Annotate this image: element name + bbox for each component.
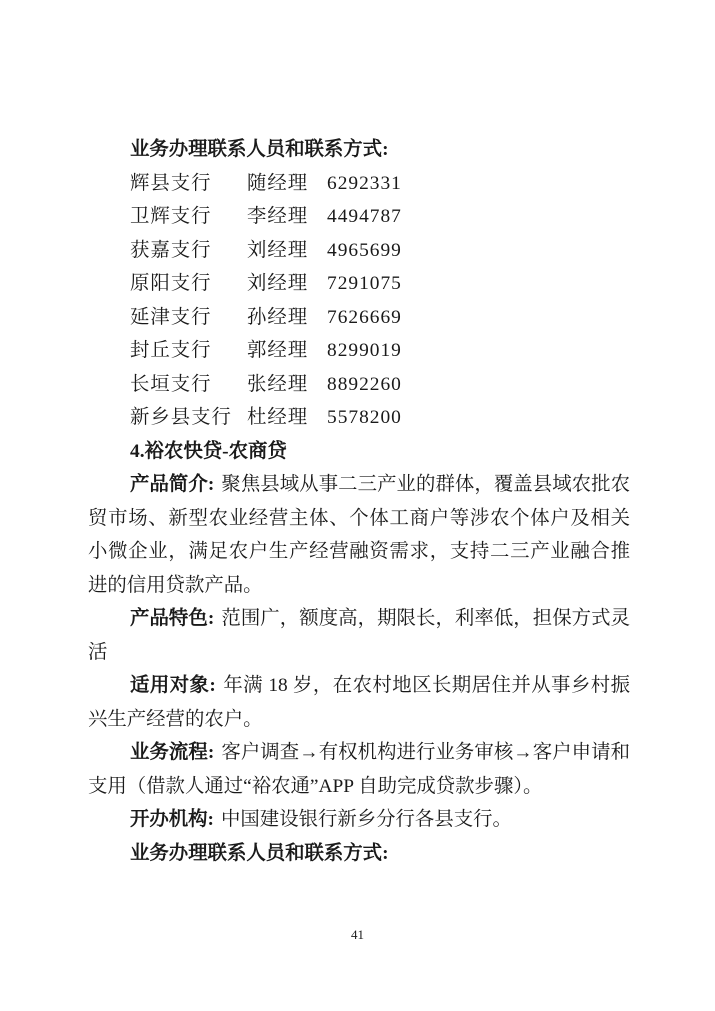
branch-name: 辉县支行 — [130, 167, 247, 201]
contact-row: 新乡县支行 杜经理 5578200 — [130, 401, 630, 435]
phone-number: 7626669 — [327, 301, 402, 335]
phone-number: 6292331 — [327, 167, 402, 201]
manager-name: 随经理 — [247, 167, 327, 201]
manager-name: 李经理 — [247, 200, 327, 234]
contact-row: 原阳支行 刘经理 7291075 — [130, 267, 630, 301]
manager-name: 刘经理 — [247, 267, 327, 301]
product-process-label: 业务流程: — [130, 742, 214, 763]
branch-name: 卫辉支行 — [130, 200, 247, 234]
product-provider-paragraph: 开办机构:中国建设银行新乡分行各县支行。 — [88, 803, 630, 837]
product-intro-label: 产品简介: — [130, 474, 214, 495]
product-provider-label: 开办机构: — [130, 809, 214, 830]
document-page: 业务办理联系人员和联系方式: 辉县支行 随经理 6292331 卫辉支行 李经理… — [0, 0, 715, 1011]
contact-section-heading-2: 业务办理联系人员和联系方式: — [130, 837, 630, 871]
manager-name: 孙经理 — [247, 301, 327, 335]
manager-name: 刘经理 — [247, 234, 327, 268]
branch-name: 原阳支行 — [130, 267, 247, 301]
phone-number: 7291075 — [327, 267, 402, 301]
branch-name: 封丘支行 — [130, 334, 247, 368]
manager-name: 郭经理 — [247, 334, 327, 368]
product-section-heading: 4.裕农快贷-农商贷 — [130, 435, 630, 469]
product-process-paragraph: 业务流程:客户调查→有权机构进行业务审核→客户申请和支用（借款人通过“裕农通”A… — [88, 736, 630, 803]
phone-number: 4965699 — [327, 234, 402, 268]
contact-row: 长垣支行 张经理 8892260 — [130, 368, 630, 402]
phone-number: 5578200 — [327, 401, 402, 435]
contact-section-heading: 业务办理联系人员和联系方式: — [130, 133, 630, 167]
product-intro-paragraph: 产品简介:聚焦县域从事二三产业的群体，覆盖县域农批农贸市场、新型农业经营主体、个… — [88, 468, 630, 602]
phone-number: 8892260 — [327, 368, 402, 402]
product-features-label: 产品特色: — [130, 608, 214, 629]
branch-name: 长垣支行 — [130, 368, 247, 402]
contact-row: 延津支行 孙经理 7626669 — [130, 301, 630, 335]
phone-number: 8299019 — [327, 334, 402, 368]
branch-name: 获嘉支行 — [130, 234, 247, 268]
manager-name: 张经理 — [247, 368, 327, 402]
contact-list: 辉县支行 随经理 6292331 卫辉支行 李经理 4494787 获嘉支行 刘… — [88, 167, 630, 435]
manager-name: 杜经理 — [247, 401, 327, 435]
branch-name: 新乡县支行 — [130, 401, 247, 435]
phone-number: 4494787 — [327, 200, 402, 234]
product-audience-paragraph: 适用对象:年满 18 岁，在农村地区长期居住并从事乡村振兴生产经营的农户。 — [88, 669, 630, 736]
contact-row: 辉县支行 随经理 6292331 — [130, 167, 630, 201]
contact-row: 封丘支行 郭经理 8299019 — [130, 334, 630, 368]
page-number: 41 — [0, 926, 715, 944]
document-content: 业务办理联系人员和联系方式: 辉县支行 随经理 6292331 卫辉支行 李经理… — [88, 133, 630, 870]
branch-name: 延津支行 — [130, 301, 247, 335]
product-audience-label: 适用对象: — [130, 675, 216, 696]
product-features-paragraph: 产品特色:范围广，额度高，期限长，利率低，担保方式灵活 — [88, 602, 630, 669]
product-provider-text: 中国建设银行新乡分行各县支行。 — [221, 809, 512, 830]
contact-row: 卫辉支行 李经理 4494787 — [130, 200, 630, 234]
contact-row: 获嘉支行 刘经理 4965699 — [130, 234, 630, 268]
